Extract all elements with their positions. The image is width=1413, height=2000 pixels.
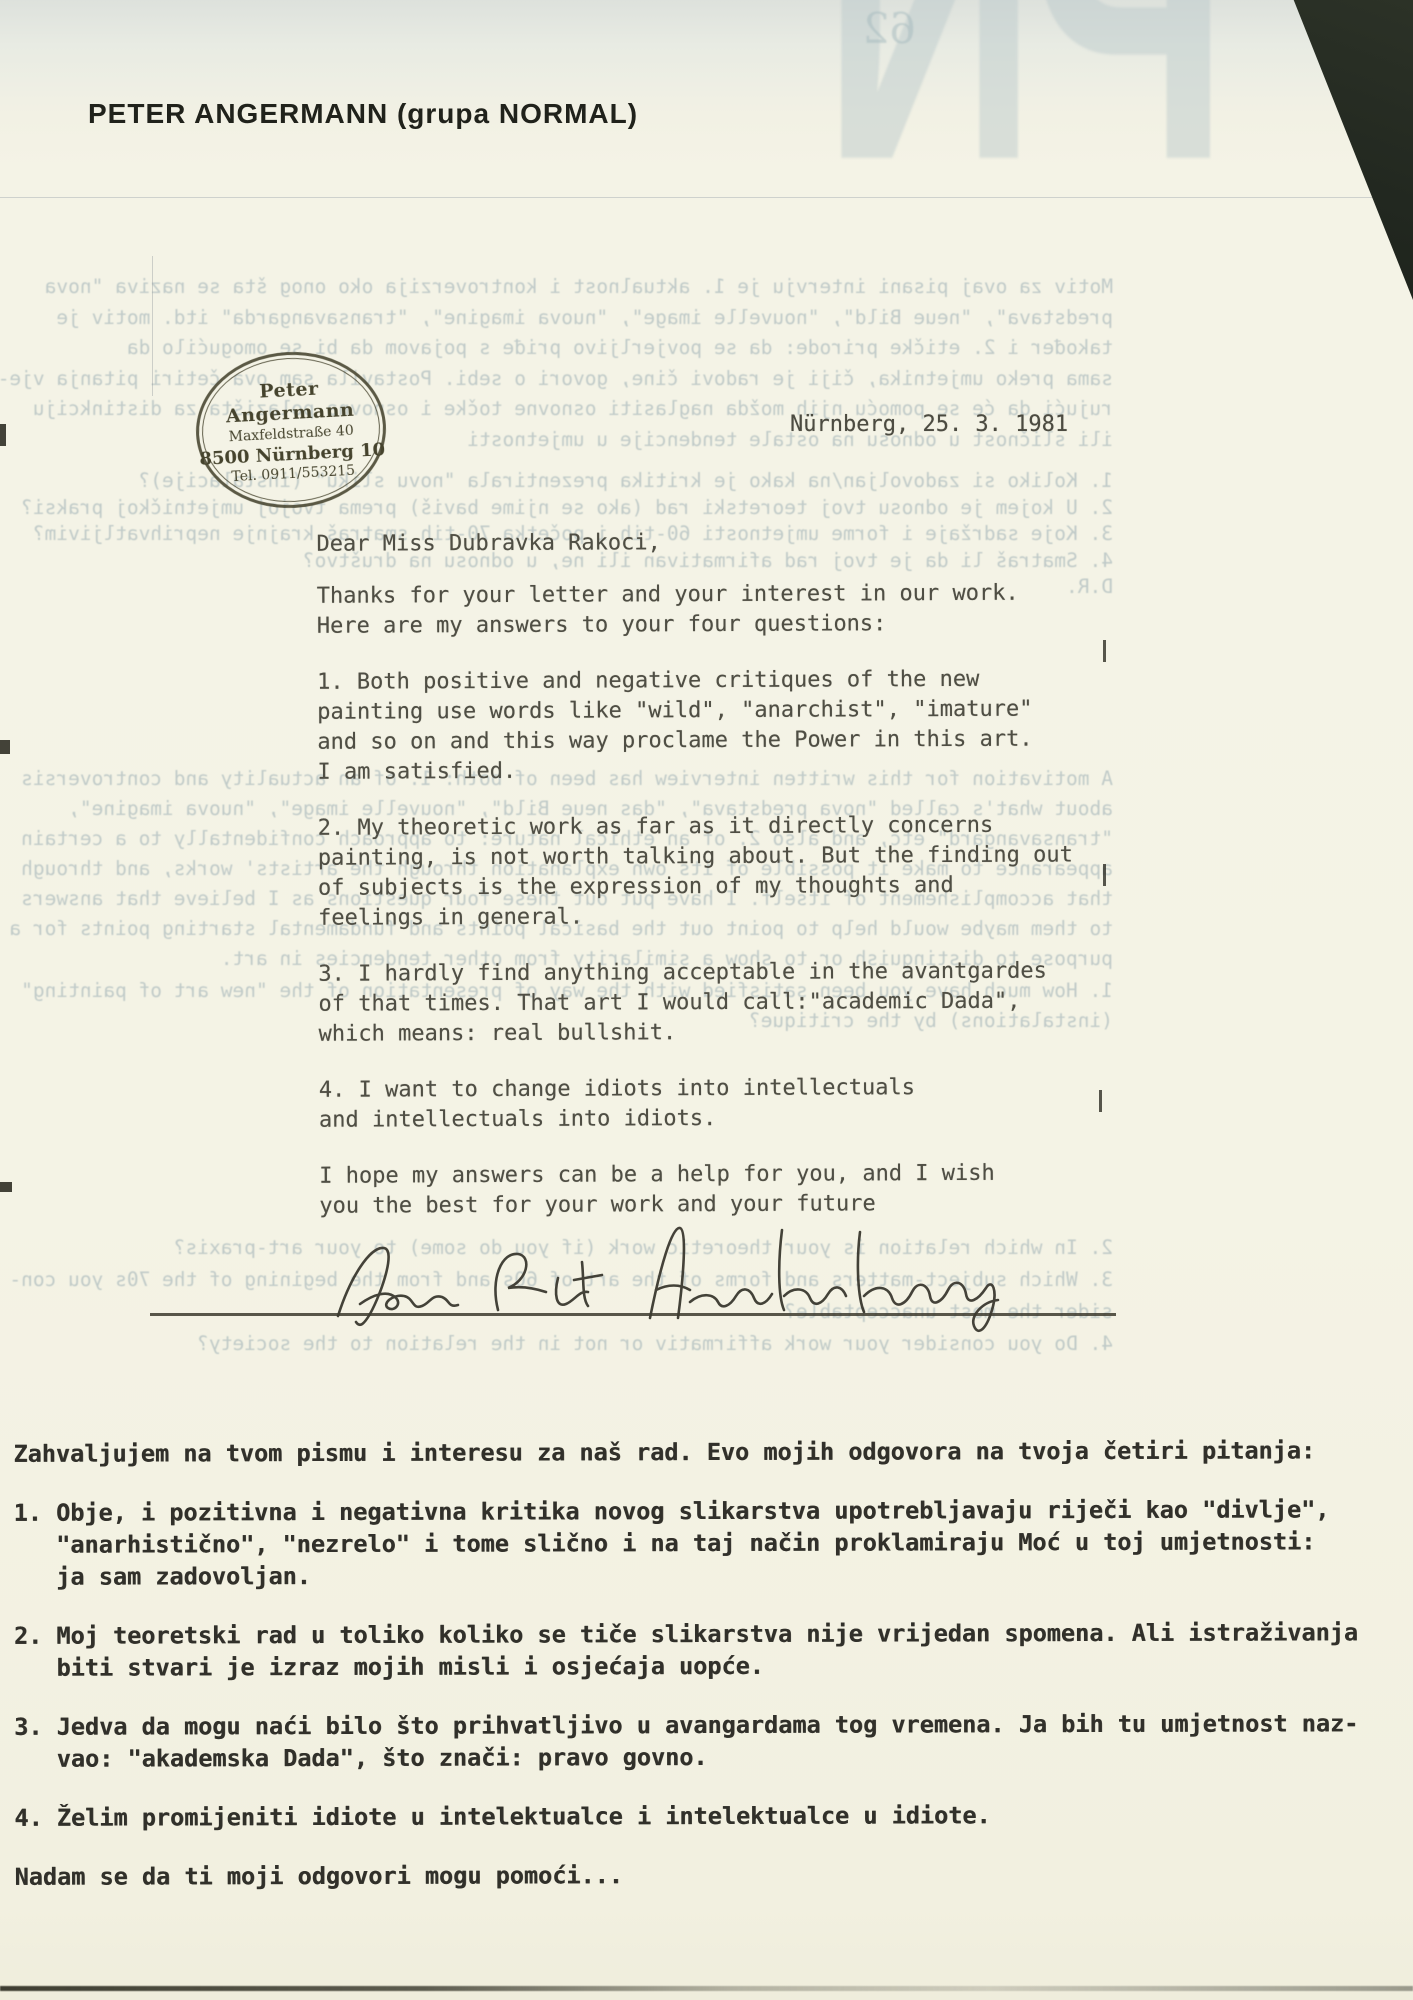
- letter-paragraph: 3. I hardly find anything acceptable in …: [318, 956, 1118, 1049]
- letter-paragraph: I hope my answers can be a help for you,…: [319, 1158, 1119, 1221]
- croatian-answer-list: 1. Obje, i pozitivna i negativna kritika…: [14, 1493, 1407, 1834]
- croatian-closing: Nadam se da ti moji odgovori mogu pomoći…: [15, 1857, 1407, 1893]
- croatian-answer-item: 1. Obje, i pozitivna i negativna kritika…: [14, 1493, 1406, 1593]
- english-paragraphs: Thanks for your letter and your interest…: [317, 578, 1120, 1221]
- stamp-address-lines: Peter AngermannMaxfeldstraße 408500 Nürn…: [192, 347, 390, 513]
- address-stamp: Peter AngermannMaxfeldstraße 408500 Nürn…: [192, 347, 390, 513]
- page-corner-shadow: [1290, 0, 1413, 300]
- letterhead-title: PETER ANGERMANN (grupa NORMAL): [88, 98, 638, 130]
- handwritten-signature: [330, 1218, 1020, 1348]
- bleedthrough-line: Motiv za ovaj pisani intervju je 1. aktu…: [0, 272, 1113, 303]
- salutation: Dear Miss Dubravka Rakoci,: [316, 526, 1116, 559]
- letter-paragraph: 4. I want to change idiots into intellec…: [319, 1072, 1119, 1135]
- bleedthrough-line: 2. U kojem je odnosu tvoj teoretski rad …: [0, 495, 1113, 522]
- signature-underline: [150, 1313, 1116, 1316]
- bleedthrough-line: također i 2. etičke prirode: da se povje…: [0, 333, 1113, 364]
- letter-body-english: Dear Miss Dubravka Rakoci, Thanks for yo…: [316, 526, 1119, 1247]
- page-number-bleed-mark: 62: [816, 4, 916, 53]
- croatian-translation: Zahvaljujem na tvom pismu i interesu za …: [13, 1434, 1406, 1893]
- scan-artifact: [0, 424, 6, 446]
- scan-artifact: [1099, 1090, 1102, 1112]
- scan-artifact: [1103, 640, 1106, 662]
- croatian-answer-item: 2. Moj teoretski rad u toliko koliko se …: [14, 1616, 1406, 1684]
- scanned-letter-page: PN 62 Motiv za ovaj pisani intervju je 1…: [0, 0, 1413, 2000]
- scan-artifact: [0, 740, 10, 754]
- letter-paragraph: 1. Both positive and negative critiques …: [317, 664, 1118, 787]
- dateline: Nürnberg, 25. 3. 1981: [790, 412, 1068, 437]
- scan-artifact: [1103, 864, 1106, 886]
- letter-paragraph: Thanks for your letter and your interest…: [317, 578, 1117, 641]
- scan-crease-line: [0, 197, 1413, 198]
- page-bottom-edge: [0, 1986, 1413, 1991]
- croatian-answer-item: 3. Jedva da mogu naći bilo što prihvatlj…: [14, 1707, 1406, 1775]
- croatian-answer-item: 4. Želim promijeniti idiote u intelektua…: [14, 1798, 1406, 1834]
- scan-artifact: [0, 1182, 12, 1192]
- bleedthrough-line: sama preko umjetnika, čiji je radovi čin…: [0, 364, 1113, 395]
- bleedthrough-line: predstava", "neue Bild", "nouvelle image…: [0, 303, 1113, 334]
- letter-paragraph: 2. My theoretic work as far as it direct…: [318, 810, 1119, 933]
- croatian-intro: Zahvaljujem na tvom pismu i interesu za …: [13, 1434, 1405, 1470]
- stamp-address-line: Peter Angermann: [193, 374, 385, 431]
- bleedthrough-line: 1. Koliko si zadovoljan/na kako je kriti…: [0, 468, 1113, 495]
- scan-fold-line: [152, 256, 153, 396]
